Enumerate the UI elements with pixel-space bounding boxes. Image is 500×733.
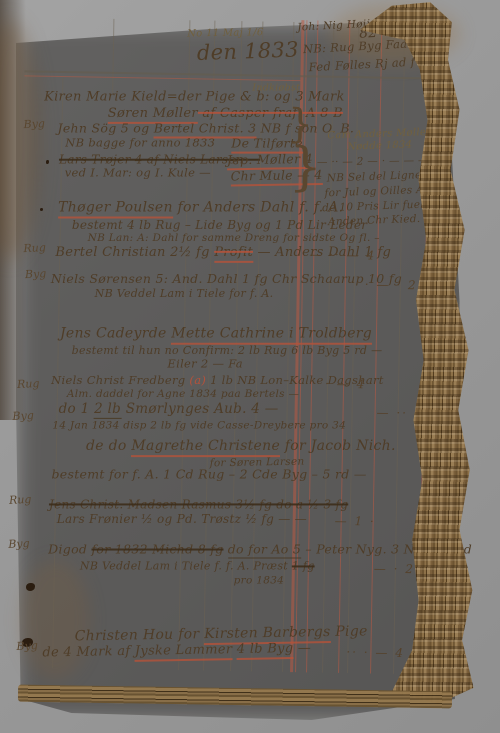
margin-note: Byg <box>23 117 45 131</box>
handwritten-line: NB: Rug Byg Faar. <box>303 38 416 55</box>
handwritten-text: NB Lan: A: Dahl for samme Dreng for sids… <box>88 232 380 244</box>
handwritten-text: Alm. daddel for Agne 1834 paa Bertels — <box>67 388 299 400</box>
handwritten-text: Niels Sørensen 5: And. Dahl 1 fg Chr Sch… <box>51 271 402 286</box>
handwritten-text: =der Pige & b: og 3 Mark <box>167 89 345 104</box>
handwritten-text: ved I. Mar: og I. Kule — <box>65 165 211 179</box>
ruled-column-line <box>393 24 406 674</box>
margin-note: Byg <box>16 639 38 653</box>
header-rule-red <box>24 75 300 81</box>
handwritten-line: for Jul og Oilles An <box>324 185 431 199</box>
margin-note: Rug <box>17 377 40 391</box>
handwritten-text: — <box>293 641 311 656</box>
handwritten-text: do for Ao 5 <box>228 542 301 559</box>
handwritten-line: 14 Jan 1834 disp 2 lb fg vide Casse-Drey… <box>52 420 346 431</box>
handwritten-text <box>223 542 227 557</box>
handwritten-line: Eiler 2 — Fa <box>167 359 243 371</box>
handwritten-text: (a) <box>189 373 206 387</box>
handwritten-text: Profit <box>214 245 253 263</box>
handwritten-text: Pige <box>330 623 367 640</box>
handwritten-line: Lars Frønier ½ og Pd. Trøstz ½ fg — — <box>57 513 307 525</box>
handwritten-text: bestemt 4 lb Rug – Lide Byg og 1 Pd Lir … <box>72 218 367 232</box>
handwritten-text: bestemt for f. A. 1 Cd Rug – 2 Cde Byg –… <box>51 467 366 482</box>
handwritten-text: Nødde 1834 <box>347 139 412 152</box>
handwritten-text: NB Veddel Lam i Tiele f. f. A. Præst <box>80 559 292 572</box>
handwritten-text: Jens Cadeyrde <box>60 326 171 342</box>
handwritten-text: Jehn Sög 5 og <box>58 121 154 136</box>
handwritten-text: Magrethe Christene <box>131 438 280 457</box>
handwritten-text: den 1833 <box>196 37 299 65</box>
handwritten-line: NB Veddel Lam i Tiele for f. A. <box>95 288 274 299</box>
handwritten-text: for Anders Dahl f. f. A. <box>173 199 344 215</box>
amount-note: — 1 · <box>335 514 376 529</box>
handwritten-text: de 4 Mark af <box>42 644 135 661</box>
curly-brace: } <box>288 144 322 191</box>
handwritten-text: for Jacob Nich. <box>280 438 396 454</box>
handwritten-line: No 11 Maj 1/6 <box>187 28 263 39</box>
handwritten-line: Niels Sørensen 5: And. Dahl 1 fg Chr Sch… <box>51 273 402 286</box>
handwritten-text: de do <box>86 438 131 454</box>
handwritten-text: 4 lb Byg <box>237 641 294 660</box>
handwritten-line: — ·· — 2 — · — — — <box>317 155 429 167</box>
handwritten-text: for 1832 Michd 8 fg <box>92 542 224 557</box>
handwritten-text: Lars Frønier ½ og Pd. Trøstz ½ fg — — <box>57 512 307 526</box>
handwritten-text: Christen Hou for <box>75 626 205 644</box>
handwritten-line: Fed Følles Rj ad fv <box>308 56 422 73</box>
handwritten-text: NB bagge for anno 1833 <box>65 135 215 149</box>
handwritten-line: Digod for 1832 Michd 8 fg do for Ao 5 – … <box>48 544 472 556</box>
handwritten-line: bestemt for f. A. 1 Cd Rug – 2 Cde Byg –… <box>51 469 366 482</box>
amount-note: — ·· — 4 <box>309 247 376 262</box>
handwritten-text: Kiren Marie Kield <box>44 89 167 104</box>
handwritten-line: bestemt til hun no Confirm: 2 lb Rug 6 l… <box>72 345 383 356</box>
handwritten-line: Cam Anders Møllers <box>327 128 437 142</box>
handwritten-line: de 4 Mark af Jyske Lammer 4 lb Byg — <box>42 642 311 660</box>
handwritten-text: pro 1834 <box>234 575 285 587</box>
handwritten-text: — ·· — 2 — · — — — <box>317 154 429 168</box>
handwritten-text: 14 Jan 1834 disp 2 lb fg vide Casse-Drey… <box>52 419 346 431</box>
handwritten-text: No 11 Maj 1/6 <box>187 27 264 39</box>
handwritten-text: Jyske Lammer <box>135 642 233 662</box>
margin-note: Byg <box>25 267 47 281</box>
handwritten-line: Thøger Poulsen for Anders Dahl f. f. A. <box>58 200 343 214</box>
header-rule <box>24 70 430 79</box>
margin-note: Byg <box>12 409 34 423</box>
handwritten-text: Digod <box>48 542 91 557</box>
handwritten-line: ved I. Mar: og I. Kule — <box>65 167 211 179</box>
handwritten-line: NB Veddel Lam i Tiele f. f. A. Præst 1 f… <box>80 560 315 571</box>
handwritten-text: NB Veddel Lam i Tiele for f. A. <box>95 287 274 300</box>
handwritten-text: Thøger Poulsen <box>58 199 173 218</box>
handwritten-text: Smørlynges Aub. 4 — <box>121 401 278 417</box>
handwritten-line: pro 1834 <box>234 576 285 586</box>
handwritten-text: Jens Christ. Madsen Rasmus 3½ fg do a ½ … <box>49 497 348 511</box>
handwritten-line: den 1833 <box>197 39 300 64</box>
margin-note: Rug <box>23 241 46 255</box>
handwritten-line: NB Lan: A: Dahl for samme Dreng for sids… <box>88 233 380 244</box>
handwritten-line: Christen Hou for Kirsten Barbergs Pige <box>75 624 368 643</box>
handwritten-line: Jens Christ. Madsen Rasmus 3½ fg do a ½ … <box>49 498 348 510</box>
handwritten-text: Bertel Christian 2½ fg <box>55 245 214 260</box>
margin-note: Rug <box>9 493 32 507</box>
handwritten-text: 2 lb <box>94 401 121 419</box>
handwritten-line: Alm. daddel for Agne 1834 paa Bertels — <box>67 389 299 400</box>
handwritten-text: Niels Christ Fredberg <box>51 373 189 387</box>
handwritten-text: for Jul og Oilles An <box>324 184 431 200</box>
handwritten-text: Cam Anders Møllers <box>327 127 437 142</box>
handwritten-line: NB bagge for anno 1833 <box>65 137 215 149</box>
amount-note: ·· · — 4 <box>346 645 405 660</box>
handwritten-line: do 1 2 lb Smørlynges Aub. 4 — <box>59 403 279 417</box>
amount-note: · — 4 <box>325 377 366 392</box>
handwritten-text: 1 fg <box>292 559 315 572</box>
manuscript-photo: 82 No 11 Maj 1/6Joh: Nig Høijden 1833NB:… <box>0 0 500 733</box>
margin-note: Byg <box>8 537 30 551</box>
handwritten-text: bestemt til hun no Confirm: 2 lb Rug 6 l… <box>72 344 383 357</box>
handwritten-text: Eiler 2 — Fa <box>167 357 243 371</box>
handwritten-text: do 1 <box>59 401 94 417</box>
handwritten-line: de do Magrethe Christene for Jacob Nich. <box>86 439 396 453</box>
ruled-column-line <box>112 19 115 93</box>
handwritten-text: NB: Rug Byg Faar. <box>303 36 417 56</box>
handwritten-line: Jens Cadeyrde Mette Cathrine i Troldberg <box>60 327 372 341</box>
handwritten-text: Fed Følles Rj ad fv <box>308 54 422 74</box>
handwritten-line: bestemt 4 lb Rug – Lide Byg og 1 Pd Lir … <box>72 219 367 231</box>
handwritten-text: af Casper fraf. A 8 B <box>198 106 343 121</box>
handwritten-text: Mette Cathrine i Troldberg <box>171 326 372 345</box>
